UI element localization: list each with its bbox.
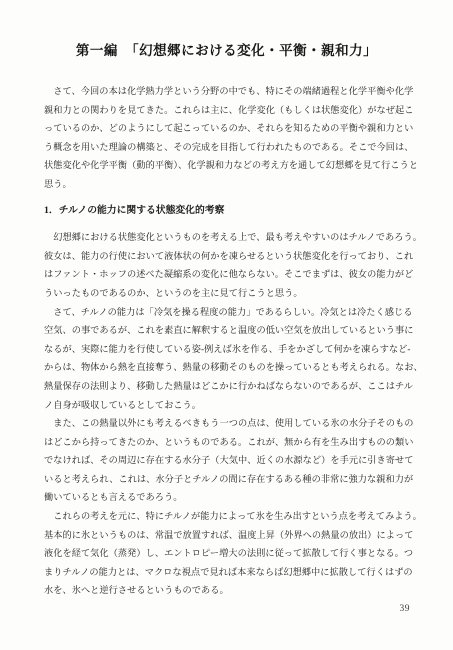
text-line: でなければ、その周辺に存在する水分子（大気中、近くの水源など）を手元に引き寄せて bbox=[44, 451, 414, 470]
paragraph: これらの考えを元に、特にチルノが能力によって氷を生み出すという点を考えてみよう。… bbox=[44, 507, 414, 600]
paragraph: さて、今回の本は化学熱力学という分野の中でも、特にその端緒過程と化学平衡や化学親… bbox=[44, 82, 414, 194]
text-line: からは、物体から熱を直接奪う、熱量の移動そのものを操っているとも考えられる。なお… bbox=[44, 358, 414, 377]
document-body: さて、今回の本は化学熱力学という分野の中でも、特にその端緒過程と化学平衡や化学親… bbox=[44, 82, 414, 600]
text-line: 状態変化や化学平衡（動的平衡）、化学親和力などの考え方を通して幻想郷を見て行こう… bbox=[44, 156, 414, 175]
text-line: 熱量保存の法則より、移動した熱量はどこかに行かねばならないのであるが、ここはチル bbox=[44, 377, 414, 396]
paragraph: さて、チルノの能力は「冷気を操る程度の能力」であるらしい。冷気とは冷たく感じる空… bbox=[44, 303, 414, 415]
page-title: 第一編 「幻想郷における変化・平衡・親和力」 bbox=[0, 39, 453, 59]
text-line: 基本的に氷というものは、常温で放置すれば、温度上昇（外界への熱量の放出）によって bbox=[44, 526, 414, 545]
text-line: 親和力との関わりを見てきた。これらは主に、化学変化（もしくは状態変化）がなぜ起こ bbox=[44, 101, 414, 120]
text-line: ういったものであるのか、というのを主に見て行こうと思う。 bbox=[44, 284, 414, 303]
text-line: さて、今回の本は化学熱力学という分野の中でも、特にその端緒過程と化学平衡や化学 bbox=[44, 82, 414, 101]
text-line: っているのか、どのようにして起こっているのか、それらを知るための平衡や親和力とい bbox=[44, 119, 414, 138]
text-line: 液化を経て気化（蒸発）し、エントロピー増大の法則に従って拡散して行く事となる。つ bbox=[44, 544, 414, 563]
text-line: なるが、実際に能力を行使している姿-例えば氷を作る、手をかざして何かを凍らすなど… bbox=[44, 340, 414, 359]
paragraph: 幻想郷における状態変化というものを考える上で、最も考えやすいのはチルノであろう。… bbox=[44, 228, 414, 302]
text-line: う概念を用いた理論の構築と、その完成を目指して行われたものである。そこで今回は、 bbox=[44, 138, 414, 157]
text-line: まりチルノの能力とは、マクロな視点で見れば本来ならば幻想郷中に拡散して行くはずの bbox=[44, 563, 414, 582]
text-line: はどこから持ってきたのか、というものである。これが、無から有を生み出すものの類い bbox=[44, 433, 414, 452]
text-line: ノ自身が吸収しているとしておこう。 bbox=[44, 396, 414, 415]
paragraph: また、この熱量以外にも考えるべきもう一つの点は、使用している氷の水分子そのものは… bbox=[44, 414, 414, 507]
text-line: 幻想郷における状態変化というものを考える上で、最も考えやすいのはチルノであろう。 bbox=[44, 228, 414, 247]
page-number: 39 bbox=[400, 604, 411, 614]
text-line: 水を、氷へと逆行させるというものである。 bbox=[44, 581, 414, 600]
text-line: 彼女は、能力の行使において液体状の何かを凍らせるという状態変化を行っており、これ bbox=[44, 247, 414, 266]
text-line: 空気、の事であるが、これを素直に解釈すると温度の低い空気を放出しているという事に bbox=[44, 321, 414, 340]
text-line: また、この熱量以外にも考えるべきもう一つの点は、使用している氷の水分子そのもの bbox=[44, 414, 414, 433]
section-heading: 1．チルノの能力に関する状態変化的考察 bbox=[44, 202, 414, 221]
text-line: いると考えられ、これは、水分子とチルノの間に存在するある種の非常に強力な親和力が bbox=[44, 470, 414, 489]
document-page: 第一編 「幻想郷における変化・平衡・親和力」 さて、今回の本は化学熱力学という分… bbox=[0, 0, 453, 650]
text-line: これらの考えを元に、特にチルノが能力によって氷を生み出すという点を考えてみよう。 bbox=[44, 507, 414, 526]
text-line: 思う。 bbox=[44, 175, 414, 194]
text-line: さて、チルノの能力は「冷気を操る程度の能力」であるらしい。冷気とは冷たく感じる bbox=[44, 303, 414, 322]
text-line: 働いているとも言えるであろう。 bbox=[44, 488, 414, 507]
text-line: はファント・ホッフの述べた凝縮系の変化に他ならない。そこでまずは、彼女の能力がど bbox=[44, 265, 414, 284]
